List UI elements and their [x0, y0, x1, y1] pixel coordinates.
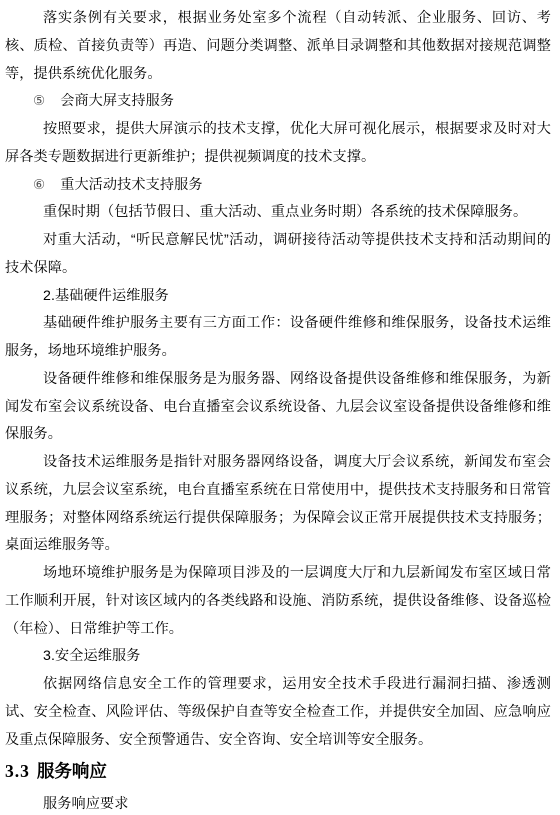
paragraph-response-requirements: 服务响应要求: [5, 790, 551, 815]
paragraph-screen-support-detail: 按照要求，提供大屏演示的技术支撑，优化大屏可视化展示，根据要求及时对大屏各类专题…: [5, 115, 551, 171]
list-item-label: 会商大屏支持服务: [60, 92, 174, 108]
circled-number-6-icon: ⑥: [33, 177, 45, 192]
paragraph-hardware-three-aspects: 基础硬件维护服务主要有三方面工作：设备硬件维修和维保服务，设备技术运维服务，场地…: [5, 309, 551, 365]
paragraph-site-environment: 场地环境维护服务是为保障项目涉及的一层调度大厅和九层新闻发布室区域日常工作顺利开…: [5, 559, 551, 642]
section-number: 3.3: [5, 761, 30, 781]
circled-number-5-icon: ⑤: [33, 93, 45, 108]
section-heading-3-3: 3.3服务响应: [5, 756, 551, 786]
paragraph-security-detail: 依据网络信息安全工作的管理要求，运用安全技术手段进行漏洞扫描、渗透测试、安全检查…: [5, 670, 551, 753]
numbered-item-2-hardware-ops: 2.基础硬件运维服务: [5, 282, 551, 310]
paragraph-tech-ops-service: 设备技术运维服务是指针对服务器网络设备，调度大厅会议系统，新闻发布室会议系统，九…: [5, 448, 551, 559]
section-title: 服务响应: [37, 761, 107, 781]
document-page: 落实条例有关要求，根据业务处室多个流程（自动转派、企业服务、回访、考核、质检、首…: [0, 0, 560, 815]
list-item-label: 重大活动技术支持服务: [60, 176, 202, 192]
list-item-5-screen-support: ⑤会商大屏支持服务: [5, 87, 551, 115]
numbered-item-3-security-ops: 3.安全运维服务: [5, 642, 551, 670]
list-item-6-major-events: ⑥重大活动技术支持服务: [5, 171, 551, 199]
paragraph-hardware-repair: 设备硬件维修和维保服务是为服务器、网络设备提供设备维修和维保服务，为新闻发布室会…: [5, 365, 551, 448]
paragraph-major-activities: 对重大活动，“听民意解民忧”活动，调研接待活动等提供技术支持和活动期间的技术保障…: [5, 226, 551, 282]
paragraph-guarantee-periods: 重保时期（包括节假日、重大活动、重点业务时期）各系统的技术保障服务。: [5, 198, 551, 226]
paragraph-system-optimization: 落实条例有关要求，根据业务处室多个流程（自动转派、企业服务、回访、考核、质检、首…: [5, 4, 551, 87]
